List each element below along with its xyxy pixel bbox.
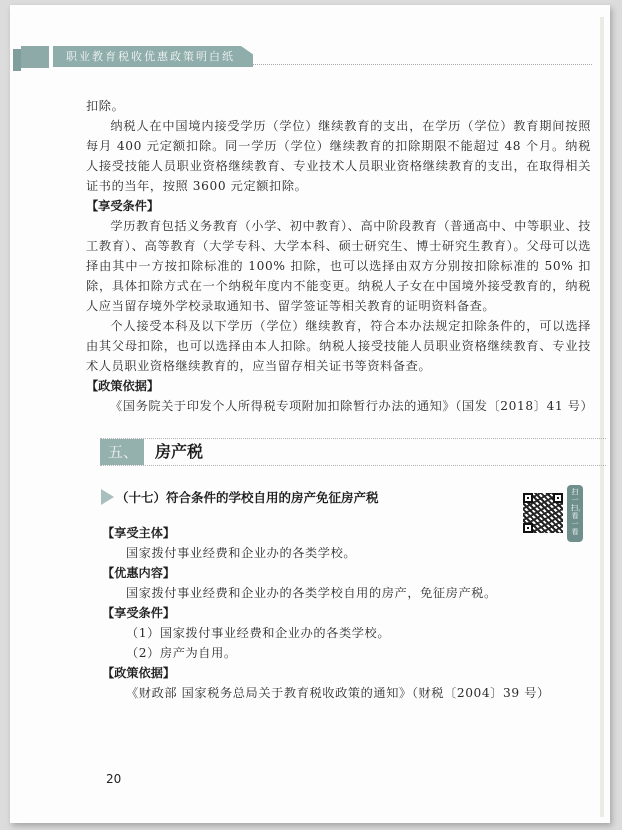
page-number: 20 — [106, 772, 121, 786]
subject-label: 【享受主体】 — [102, 523, 582, 543]
paragraph: 个人接受本科及以下学历（学位）继续教育，符合本办法规定扣除条件的，可以选择由其父… — [86, 316, 591, 376]
qr-finder — [523, 493, 533, 503]
conditions-label: 【享受条件】 — [102, 603, 582, 623]
section-number: 五、 — [100, 439, 144, 465]
running-header: 职业教育税收优惠政策明白纸 — [13, 44, 600, 70]
subject-text: 国家拨付事业经费和企业办的各类学校。 — [102, 543, 582, 563]
condition-item: （1）国家拨付事业经费和企业办的各类学校。 — [102, 623, 582, 643]
page-edge-shadow — [600, 17, 604, 817]
triangle-bullet-icon — [101, 489, 114, 505]
section-heading: 五、 房产税 — [100, 438, 606, 466]
header-title: 职业教育税收优惠政策明白纸 — [53, 46, 253, 67]
subsection-heading: （十七）符合条件的学校自用的房产免征房产税 — [101, 488, 379, 508]
qr-finder — [553, 493, 563, 503]
subsection-title: （十七）符合条件的学校自用的房产免征房产税 — [116, 490, 379, 505]
paragraph: 纳税人在中国境内接受学历（学位）继续教育的支出，在学历（学位）教育期间按照每月 … — [86, 116, 591, 196]
benefit-label: 【优惠内容】 — [102, 563, 582, 583]
basis-label: 【政策依据】 — [86, 376, 591, 396]
subsection-content: 【享受主体】 国家拨付事业经费和企业办的各类学校。 【优惠内容】 国家拨付事业经… — [102, 523, 582, 703]
header-decor-block — [13, 49, 21, 71]
basis-text: 《财政部 国家税务总局关于教育税收政策的通知》（财税〔2004〕39 号） — [102, 683, 582, 703]
paragraph: 学历教育包括义务教育（小学、初中教育）、高中阶段教育（普通高中、中等职业、技工教… — [86, 216, 591, 316]
header-dotted-rule — [253, 64, 592, 65]
header-decor-block — [21, 46, 49, 68]
section-rule-bottom — [100, 465, 606, 466]
continuation-text: 扣除。 — [86, 96, 591, 116]
benefit-text: 国家拨付事业经费和企业办的各类学校自用的房产，免征房产税。 — [102, 583, 582, 603]
section-title: 房产税 — [155, 439, 203, 465]
basis-label: 【政策依据】 — [102, 663, 582, 683]
conditions-label: 【享受条件】 — [86, 196, 591, 216]
condition-item: （2）房产为自用。 — [102, 643, 582, 663]
basis-text: 《国务院关于印发个人所得税专项附加扣除暂行办法的通知》（国发〔2018〕41 号… — [86, 396, 591, 416]
top-content: 扣除。 纳税人在中国境内接受学历（学位）继续教育的支出，在学历（学位）教育期间按… — [86, 96, 591, 416]
